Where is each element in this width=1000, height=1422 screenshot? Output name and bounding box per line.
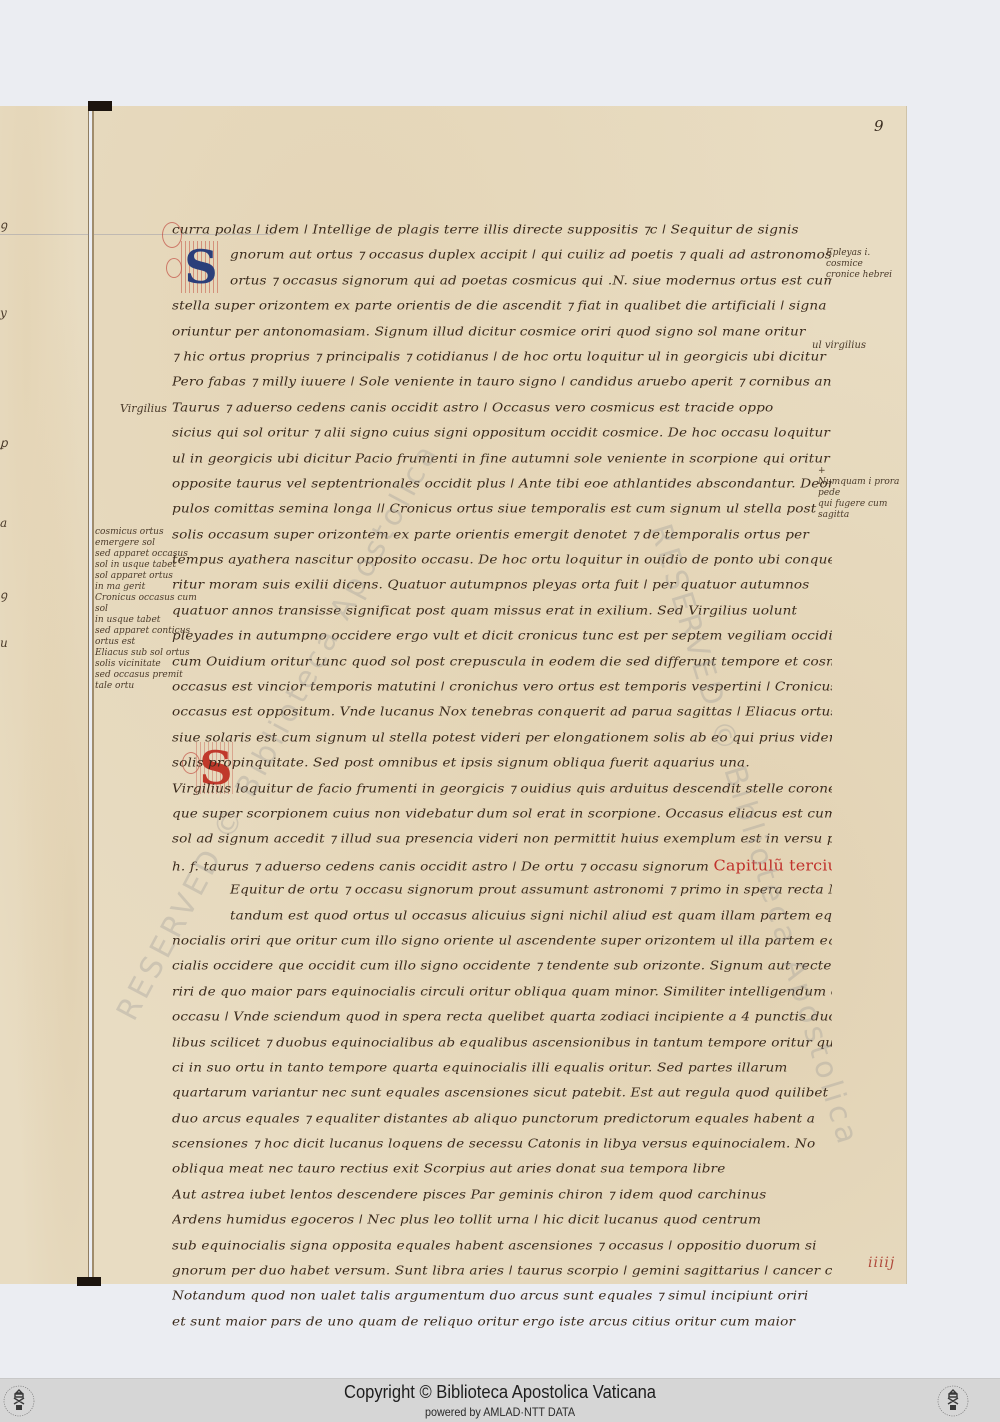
left-page-fragment: y xyxy=(0,306,7,320)
text-line: sol ad signum accedit ⁊ illud sua presen… xyxy=(172,828,832,851)
text-line: quatuor annos transisse significat post … xyxy=(172,600,832,623)
binding-tab-bottom xyxy=(77,1277,101,1286)
text-line: opposite taurus vel septentrionales occi… xyxy=(172,473,832,496)
text-line: ⁊ hic ortus proprius ⁊ principalis ⁊ cot… xyxy=(172,346,832,369)
text-line: sub equinocialis signa opposita equales … xyxy=(172,1235,832,1258)
text-line: occasu ǀ Vnde sciendum quod in spera rec… xyxy=(172,1006,832,1029)
quire-signature: iiiij xyxy=(868,1255,895,1271)
vatican-library-logo-icon xyxy=(936,1384,970,1418)
text-line: Equitur de ortu ⁊ occasu signorum prout … xyxy=(172,879,832,902)
text-line-with-rubric: h. f. taurus ⁊ aduerso cedens canis occi… xyxy=(172,854,832,877)
text-line: tempus ayathera nascitur opposito occasu… xyxy=(172,549,832,572)
text-line: duo arcus equales ⁊ equaliter distantes … xyxy=(172,1108,832,1131)
text-line: nocialis oriri que oritur cum illo signo… xyxy=(172,930,832,953)
text-line: pleyades in autumpno occidere ergo vult … xyxy=(172,625,832,648)
text-line: oriuntur per antonomasiam. Signum illud … xyxy=(172,321,832,344)
text-line: Pero fabas ⁊ milly iuuere ǀ Sole venient… xyxy=(172,371,832,394)
text-line: libus scilicet ⁊ duobus equinocialibus a… xyxy=(172,1032,832,1055)
text-line: pulos comittas semina longa ǀǀ Cronicus … xyxy=(172,498,832,521)
text-line: ci in suo ortu in tanto tempore quarta e… xyxy=(172,1057,832,1080)
left-page-fragment: ꝯ xyxy=(0,586,7,603)
powered-by-text: powered by AMLAD·NTT DATA xyxy=(50,1405,950,1419)
marginal-note: ul virgilius xyxy=(812,340,902,351)
text-line: ritur moram suis exilii dicens. Quatuor … xyxy=(172,574,832,597)
folio-number: 9 xyxy=(874,117,884,135)
text-line: h. f. taurus ⁊ aduerso cedens canis occi… xyxy=(172,859,709,874)
text-line: cum Ouidium oritur tunc quod sol post cr… xyxy=(172,651,832,674)
text-line: curra polas ǀ idem ǀ Intellige de plagis… xyxy=(172,219,832,242)
copyright-text: Copyright © Biblioteca Apostolica Vatica… xyxy=(40,1382,960,1403)
marginal-note: Virgilius xyxy=(120,403,167,414)
text-line: Ardens humidus egoceros ǀ Nec plus leo t… xyxy=(172,1209,832,1232)
copyright-footer: Copyright © Biblioteca Apostolica Vatica… xyxy=(0,1378,1000,1422)
text-line: ul in georgicis ubi dicitur Pacio frumen… xyxy=(172,448,832,471)
left-page-fragment: a xyxy=(0,516,7,530)
image-viewer[interactable]: ꝯ y ꝑ a ꝯ u 9 iiiij S S curra polas ǀ id… xyxy=(0,0,1000,1378)
text-line: cialis occidere que occidit cum illo sig… xyxy=(172,955,832,978)
text-line: solis occasum super orizontem ex parte o… xyxy=(172,524,832,547)
text-line: et sunt maior pars de uno quam de reliqu… xyxy=(172,1311,832,1334)
binding-tab-top xyxy=(88,101,112,111)
text-line: quartarum variantur nec sunt equales asc… xyxy=(172,1082,832,1105)
text-line: ortus ⁊ occasus signorum qui ad poetas c… xyxy=(172,270,832,293)
text-line: Notandum quod non ualet talis argumentum… xyxy=(172,1285,832,1308)
left-page-fragment: ꝑ xyxy=(0,436,8,450)
marginal-note: + Numquam i prora pede qui fugere cum sa… xyxy=(818,466,906,521)
left-manuscript-page: ꝯ y ꝑ a ꝯ u xyxy=(0,106,89,1284)
text-line: gnorum aut ortus ⁊ occasus duplex accipi… xyxy=(172,244,832,267)
vatican-library-logo-icon xyxy=(2,1384,36,1418)
ruling-line xyxy=(0,234,89,235)
text-line: Taurus ⁊ aduerso cedens canis occidit as… xyxy=(172,397,832,420)
text-line: occasus est vincior temporis matutini ǀ … xyxy=(172,676,832,699)
marginal-note: Epleyas i. cosmice cronice hebrei xyxy=(826,248,906,281)
text-line: tandum est quod ortus ul occasus alicuiu… xyxy=(172,905,832,928)
text-line: obliqua meat nec tauro rectius exit Scor… xyxy=(172,1158,832,1181)
left-page-fragment: ꝯ xyxy=(0,216,7,233)
text-line: riri de quo maior pars equinocialis circ… xyxy=(172,981,832,1004)
text-line: gnorum per duo habet versum. Sunt libra … xyxy=(172,1260,832,1283)
text-line: sicius qui sol oritur ⁊ alii signo cuius… xyxy=(172,422,832,445)
left-page-fragment: u xyxy=(0,636,8,650)
text-line: Aut astrea iubet lentos descendere pisce… xyxy=(172,1184,832,1207)
marginal-gloss-block: cosmicus ortus emergere sol sed apparet … xyxy=(95,527,205,692)
text-line: stella super orizontem ex parte orientis… xyxy=(172,295,832,318)
text-line: scensiones ⁊ hoc dicit lucanus loquens d… xyxy=(172,1133,832,1156)
